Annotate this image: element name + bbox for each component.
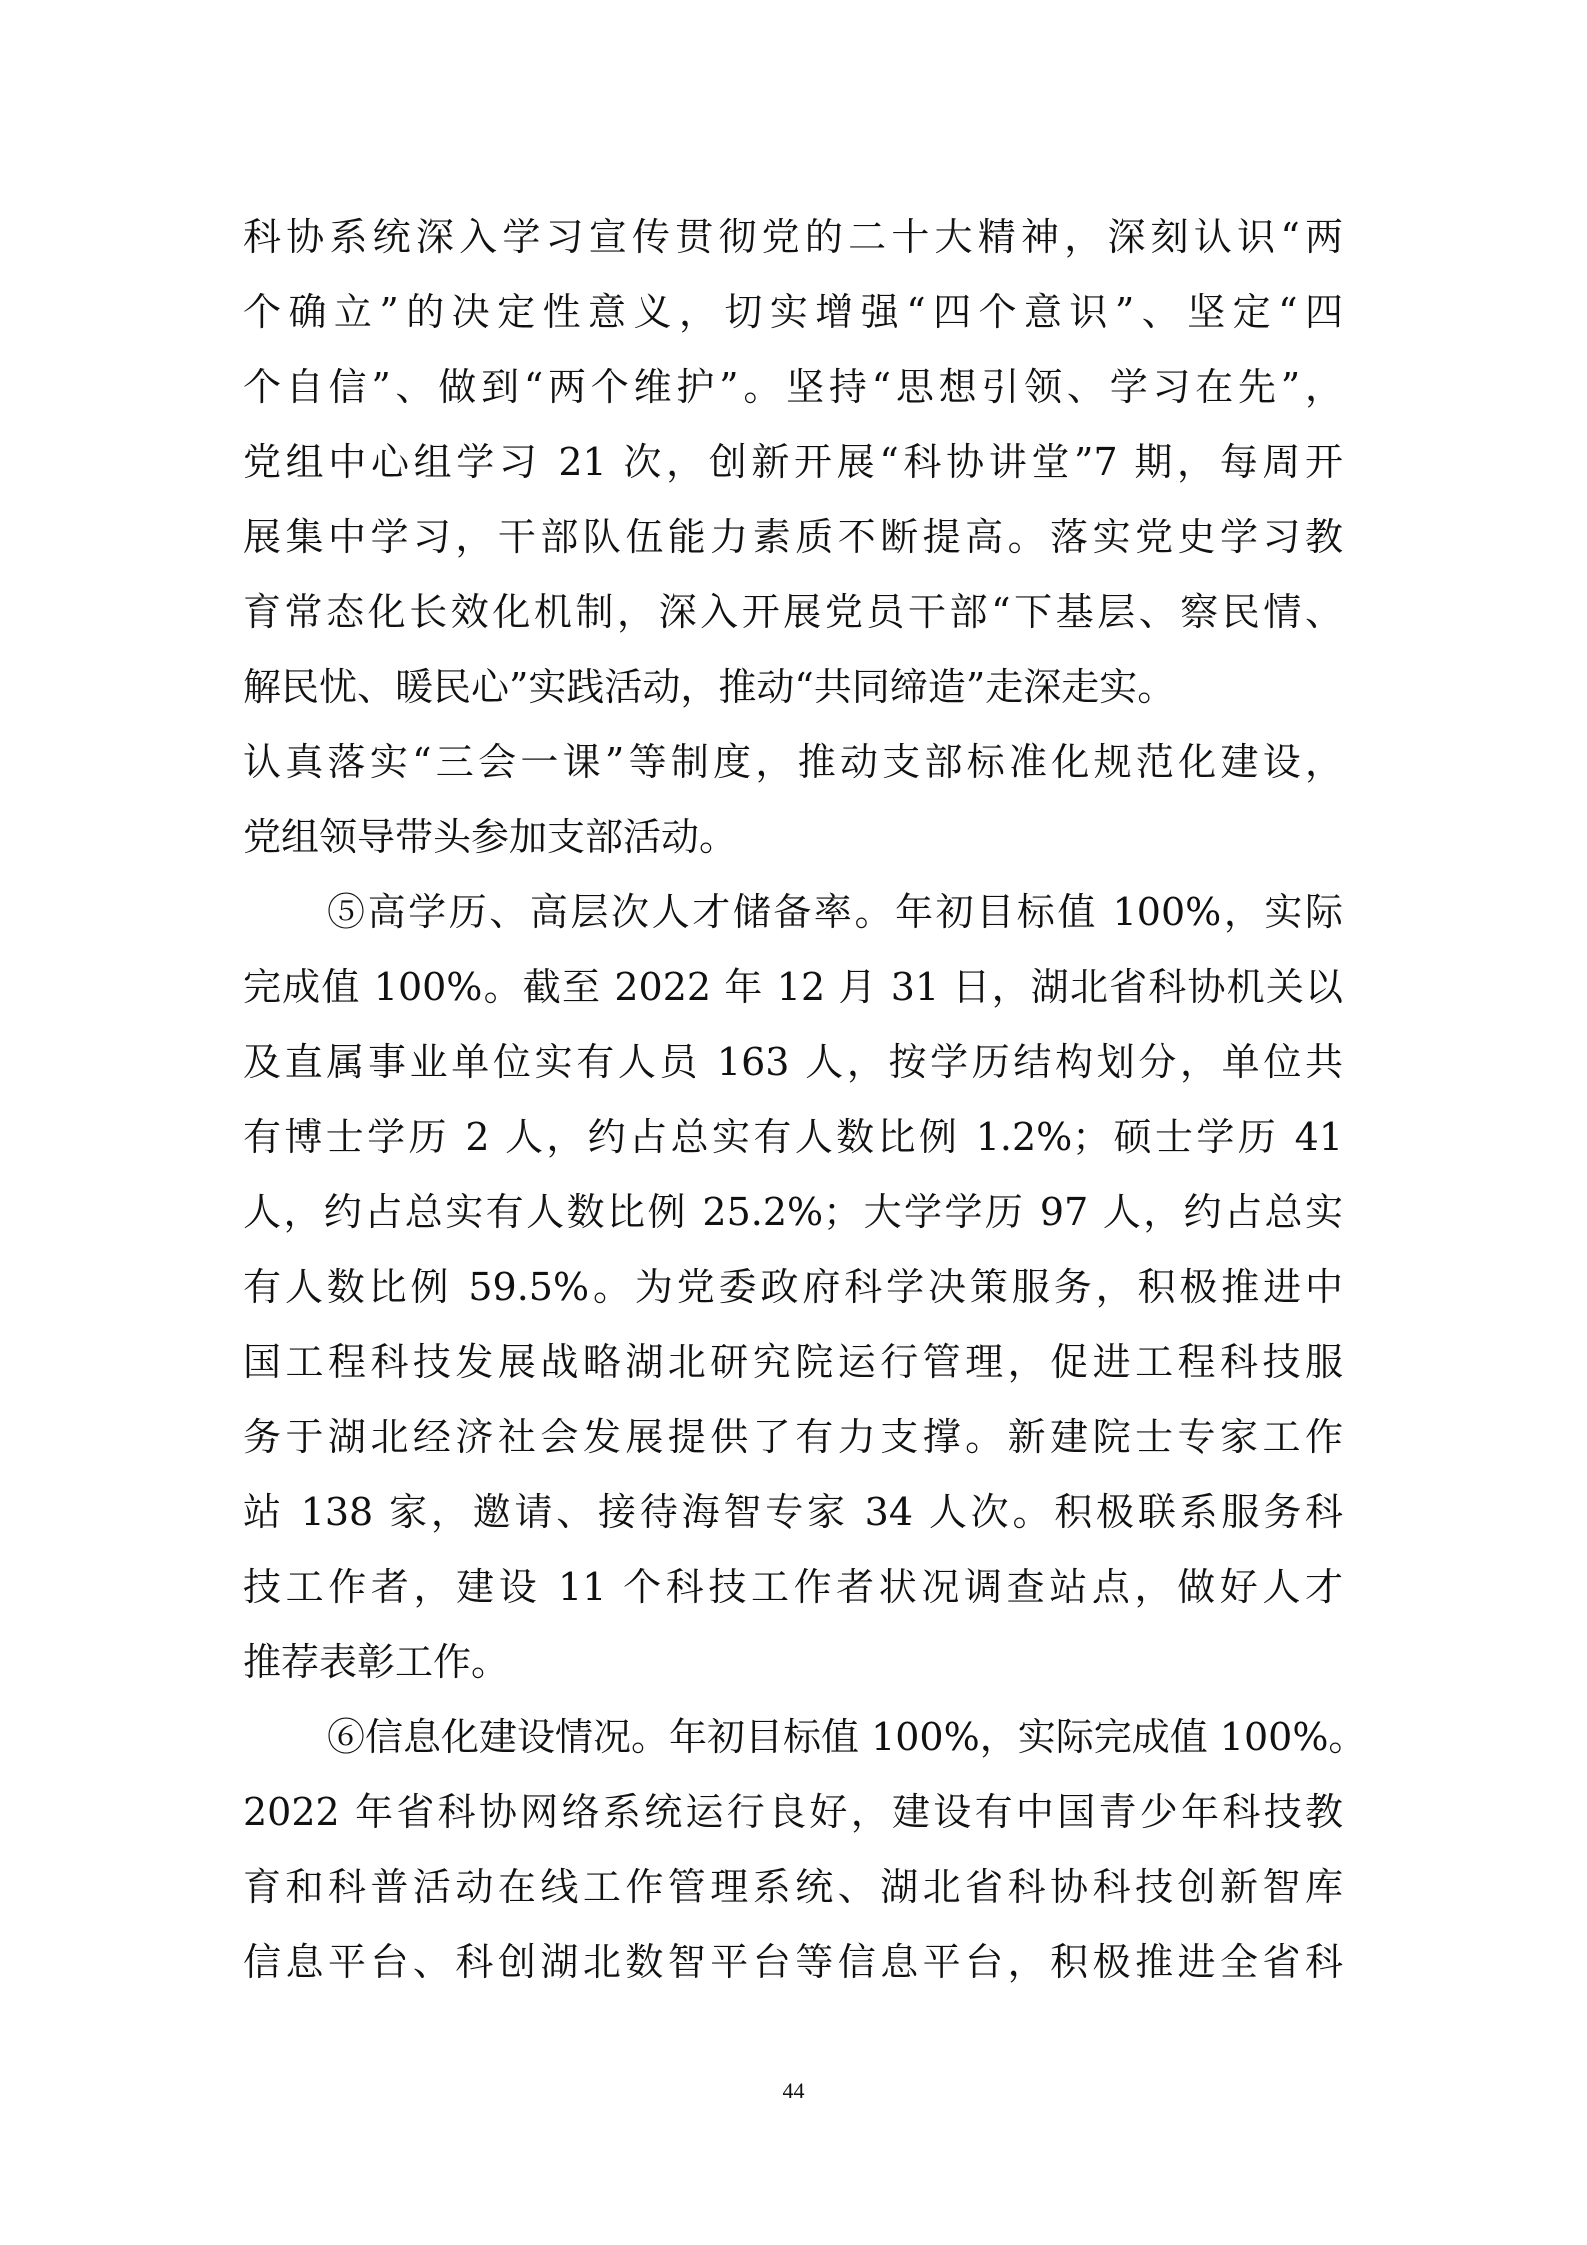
text-line: 信息平台、科创湖北数智平台等信息平台，积极推进全省科 [243,1932,1343,2007]
text-line: 育常态化长效化机制，深入开展党员干部“下基层、察民情、 [243,582,1343,657]
text-line: 有博士学历 2 人，约占总实有人数比例 1.2%；硕士学历 41 [243,1107,1343,1182]
text-line: 务于湖北经济社会发展提供了有力支撑。新建院士专家工作 [243,1407,1343,1482]
text-line: 个自信”、做到“两个维护”。坚持“思想引领、学习在先”， [243,357,1343,432]
text-line: 解民忧、暖民心”实践活动，推动“共同缔造”走深走实。 [243,657,1343,732]
text-line: 国工程科技发展战略湖北研究院运行管理，促进工程科技服 [243,1332,1343,1407]
text-line: 推荐表彰工作。 [243,1632,1343,1707]
text-line: 有人数比例 59.5%。为党委政府科学决策服务，积极推进中 [243,1257,1343,1332]
text-line: 科协系统深入学习宣传贯彻党的二十大精神，深刻认识“两 [243,207,1343,282]
text-line: 完成值 100%。截至 2022 年 12 月 31 日，湖北省科协机关以 [243,957,1343,1032]
text-line: ⑤高学历、高层次人才储备率。年初目标值 100%，实际 [243,882,1343,957]
text-line: 育和科普活动在线工作管理系统、湖北省科协科技创新智库 [243,1857,1343,1932]
text-line: ⑥信息化建设情况。年初目标值 100%，实际完成值 100%。 [243,1707,1343,1782]
text-line: 2022 年省科协网络系统运行良好，建设有中国青少年科技教 [243,1782,1343,1857]
text-line: 技工作者，建设 11 个科技工作者状况调查站点，做好人才 [243,1557,1343,1632]
text-line: 党组中心组学习 21 次，创新开展“科协讲堂”7 期，每周开 [243,432,1343,507]
text-line: 站 138 家，邀请、接待海智专家 34 人次。积极联系服务科 [243,1482,1343,1557]
text-line: 展集中学习，干部队伍能力素质不断提高。落实党史学习教 [243,507,1343,582]
paragraph-informatization: ⑥信息化建设情况。年初目标值 100%，实际完成值 100%。 2022 年省科… [243,1707,1343,2007]
text-line: 人，约占总实有人数比例 25.2%；大学学历 97 人，约占总实 [243,1182,1343,1257]
paragraph-talent-reserve-rate: ⑤高学历、高层次人才储备率。年初目标值 100%，实际 完成值 100%。截至 … [243,882,1343,1707]
text-line: 个确立”的决定性意义，切实增强“四个意识”、坚定“四 [243,282,1343,357]
document-body: 科协系统深入学习宣传贯彻党的二十大精神，深刻认识“两 个确立”的决定性意义，切实… [243,207,1343,2007]
text-line: 及直属事业单位实有人员 163 人，按学历结构划分，单位共 [243,1032,1343,1107]
text-line: 党组领导带头参加支部活动。 [243,807,1343,882]
page-number: 44 [0,2078,1587,2104]
text-line: 认真落实“三会一课”等制度，推动支部标准化规范化建设， [243,732,1343,807]
paragraph-party-building: 科协系统深入学习宣传贯彻党的二十大精神，深刻认识“两 个确立”的决定性意义，切实… [243,207,1343,882]
